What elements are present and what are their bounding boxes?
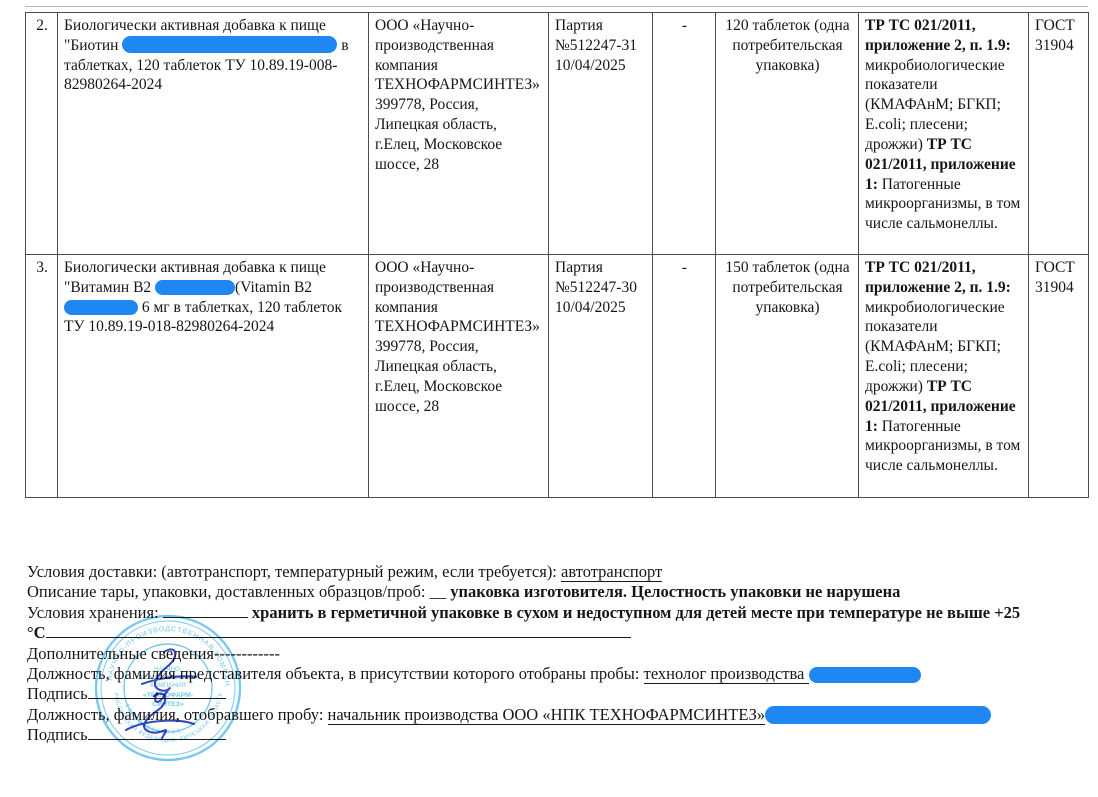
text-segment: ООО «Научно-производственная компания ТЕ… [375,17,540,173]
cell-batch: Партия №512247-31 10/04/2025 [549,13,653,255]
cell-manufacturer: ООО «Научно-производственная компания ТЕ… [369,255,549,498]
cell-row-number: 2. [26,13,58,255]
sampling-table: 2.Биологически активная добавка к пище "… [25,12,1089,498]
text-segment: ГОСТ 31904 [1035,259,1075,296]
cell-dash: - [653,255,716,498]
cell-standard-method: ГОСТ 31904 [1029,13,1089,255]
page-top-rule [25,6,1088,7]
text-segment: Описание тары, упаковки, доставленных об… [27,582,446,601]
text-segment: Подпись [27,725,88,744]
scanned-document-page: { "colors": { "redaction_blue": "#1e87f2… [0,0,1098,797]
text-segment: - [682,17,687,34]
redaction-pill [765,706,991,724]
text-segment: автотранспорт [561,562,662,582]
cell-row-number: 3. [26,255,58,498]
text-segment: Партия №512247-31 10/04/2025 [555,17,637,74]
table-row: 3.Биологически активная добавка к пище "… [26,255,1089,498]
redaction-pill [155,280,235,295]
table-row: 2.Биологически активная добавка к пище "… [26,13,1089,255]
redaction-pill [64,300,138,315]
text-segment: технолог производства [644,664,809,684]
text-segment: ГОСТ 31904 [1035,17,1075,54]
text-segment: Подпись [27,684,88,703]
text-segment: хранить в герметичной упаковке в сухом и… [248,603,1020,622]
redaction-pill [809,667,921,683]
cell-quantity: 120 таблеток (одна потребительская упако… [716,13,859,255]
text-segment: упаковка изготовителя. Целостность упако… [446,582,900,601]
cell-product-description: Биологически активная добавка к пище "Ви… [58,255,369,498]
cell-product-description: Биологически активная добавка к пище "Би… [58,13,369,255]
text-segment: 120 таблеток (одна потребительская упако… [725,17,849,74]
text-segment: ТР ТС 021/2011, приложение 2, п. 1.9: [865,259,1011,296]
text-segment: Патогенные микроорганизмы, в том числе с… [865,418,1020,475]
text-segment: ТР ТС 021/2011, приложение 2, п. 1.9: [865,17,1011,54]
cell-regulation: ТР ТС 021/2011, приложение 2, п. 1.9: ми… [859,13,1029,255]
cell-quantity: 150 таблеток (одна потребительская упако… [716,255,859,498]
text-segment: 3. [36,259,48,276]
text-segment: ООО «Научно-производственная компания ТЕ… [375,259,540,415]
text-segment: - [682,259,687,276]
cell-regulation: ТР ТС 021/2011, приложение 2, п. 1.9: ми… [859,255,1029,498]
cell-standard-method: ГОСТ 31904 [1029,255,1089,498]
cell-dash: - [653,13,716,255]
redaction-pill [122,36,337,53]
text-segment: Партия №512247-30 10/04/2025 [555,259,637,316]
signature-2 [116,688,202,748]
cell-batch: Партия №512247-30 10/04/2025 [549,255,653,498]
footer-line: Описание тары, упаковки, доставленных об… [27,582,1093,602]
footer-line: Условия доставки: (автотранспорт, темпер… [27,562,1093,582]
text-segment: Патогенные микроорганизмы, в том числе с… [865,176,1020,233]
text-segment: (Vitamin B2 [235,279,312,296]
text-segment: °С [27,623,46,642]
cell-manufacturer: ООО «Научно-производственная компания ТЕ… [369,13,549,255]
sampling-table-body: 2.Биологически активная добавка к пище "… [26,13,1089,498]
text-segment: Условия доставки: (автотранспорт, темпер… [27,562,561,581]
text-segment: начальник производства ООО «НПК ТЕХНОФАР… [328,705,766,725]
text-segment: 2. [36,17,48,34]
text-segment: 150 таблеток (одна потребительская упако… [725,259,849,316]
